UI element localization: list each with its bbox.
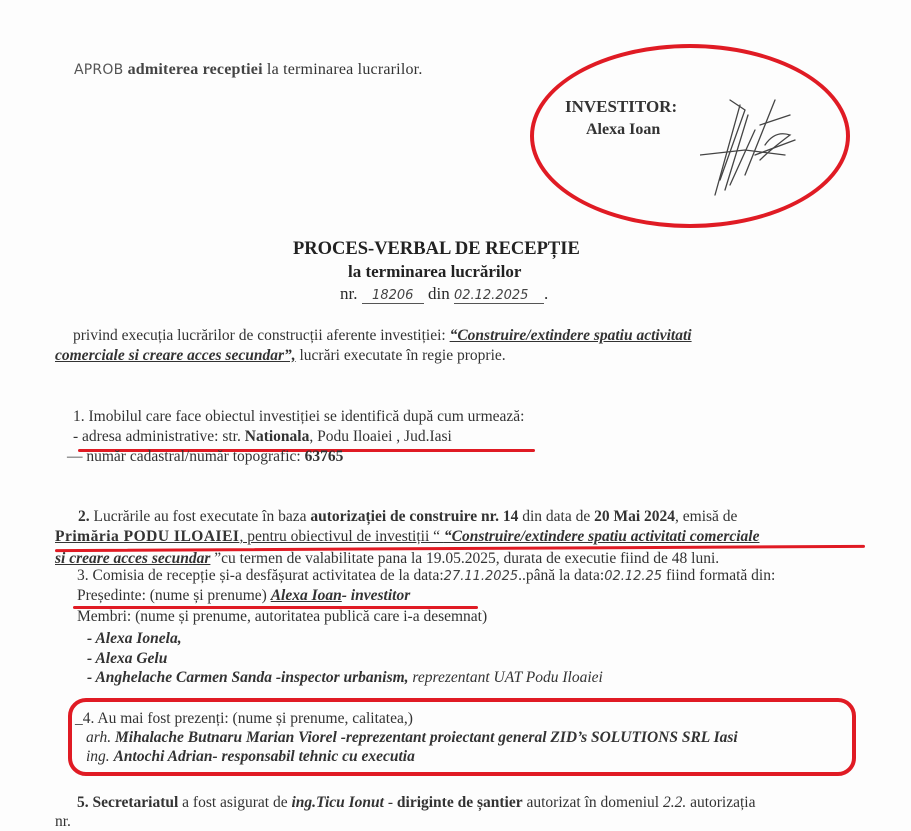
commission-end-date: 02.12.25	[604, 569, 662, 584]
project-name-part1: “Construire/extindere spatiu activitati	[450, 327, 692, 344]
section4-heading: _4. Au mai fost prezenți: (nume și prenu…	[75, 709, 413, 728]
section1-heading: 1. Imobilul care face obiectul investiți…	[73, 407, 524, 426]
document-subtitle: la terminarea lucrărilor	[348, 262, 521, 282]
section5-line-1: 5. Secretariatul a fost asigurat de ing.…	[77, 793, 755, 812]
aprob-word: APROB	[74, 62, 123, 78]
secretary-name: ing.Ticu Ionut	[292, 794, 384, 811]
section2-line-1: 2. Lucrările au fost executate în baza a…	[78, 507, 737, 526]
investor-highlight-oval	[530, 44, 850, 228]
member-2: - Alexa Gelu	[87, 649, 167, 668]
section5-line-2: nr.	[55, 812, 71, 831]
project-name-part1: “Construire/extindere spatiu activitati …	[444, 528, 760, 545]
present-person-2: ing. Antochi Adrian- responsabil tehnic …	[86, 747, 415, 766]
document-title: PROCES-VERBAL DE RECEPȚIE	[293, 239, 580, 260]
signature-icon	[700, 95, 800, 205]
street-name: Nationala	[245, 428, 310, 445]
member-1: - Alexa Ionela,	[87, 629, 182, 648]
architect-name: Mihalache Butnaru Marian Viorel	[115, 729, 337, 746]
authorization-number: autorizației de construire nr. 14	[310, 508, 518, 525]
project-name-part2: comerciale si creare acces secundar”,	[55, 347, 296, 364]
engineer-name: Antochi Adrian	[114, 748, 213, 765]
document-number: 18206	[362, 288, 424, 304]
approval-rest: la terminarea lucrarilor.	[263, 61, 423, 78]
investor-label: INVESTITOR:	[565, 97, 677, 117]
section1-cadastral: — număr cadastral/număr topografic: 6376…	[67, 447, 343, 466]
member-3: - Anghelache Carmen Sanda -inspector urb…	[87, 668, 603, 687]
section3-line-1: 3. Comisia de recepție și-a desfășurat a…	[77, 566, 775, 586]
section3-president: Președinte: (nume și prenume) Alexa Ioan…	[77, 586, 410, 605]
approval-text: admiterea receptiei	[123, 61, 262, 78]
intro-line-2: comerciale si creare acces secundar”, lu…	[55, 346, 506, 365]
issuer: Primăria PODU ILOAIEI	[55, 528, 239, 545]
section2-line-2: Primăria PODU ILOAIEI, pentru obiectivul…	[55, 527, 760, 546]
document-number-line: nr. 18206 din 02.12.2025.	[340, 284, 548, 304]
cadastral-number: 63765	[305, 448, 344, 465]
section1-address: - adresa administrative: str. Nationala,…	[73, 427, 452, 446]
president-name: Alexa Ioan	[271, 587, 342, 604]
din-label: din	[428, 284, 450, 303]
investor-name: Alexa Ioan	[586, 121, 660, 139]
present-person-1: arh. Mihalache Butnaru Marian Viorel -re…	[86, 728, 738, 747]
project-name-part2: si creare acces secundar	[55, 550, 210, 567]
authorization-date: 20 Mai 2024	[594, 508, 675, 525]
intro-line-1: privind execuția lucrărilor de construcț…	[73, 326, 692, 345]
commission-start-date: 27.11.2025	[444, 569, 518, 584]
document-date: 02.12.2025	[454, 288, 544, 304]
section3-members-label: Membri: (nume și prenume, autoritatea pu…	[77, 607, 487, 626]
nr-label: nr.	[340, 284, 357, 303]
approval-line: APROB admiterea receptiei la terminarea …	[74, 60, 423, 80]
